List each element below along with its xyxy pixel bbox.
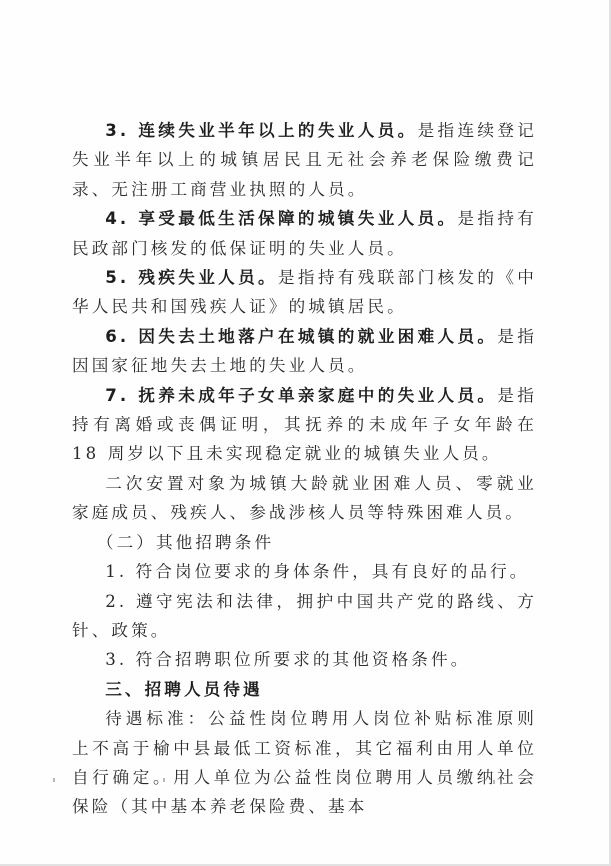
subsection-item-3: 3. 符合招聘职位所要求的其他资格条件。 [72,645,537,674]
document-body: 3. 连续失业半年以上的失业人员。是指连续登记失业半年以上的城镇居民且无社会养老… [72,116,537,822]
item-6-title: 6. 因失去土地落户在城镇的就业困难人员。 [105,327,497,346]
section-3-heading: 三、招聘人员待遇 [72,675,537,704]
item-4-title: 4. 享受最低生活保障的城镇失业人员。 [105,209,457,228]
item-3-title: 3. 连续失业半年以上的失业人员。 [105,121,417,140]
page-bottom-marks [0,778,611,784]
tick-mark [163,778,165,782]
paragraph-item-3: 3. 连续失业半年以上的失业人员。是指连续登记失业半年以上的城镇居民且无社会养老… [72,116,537,204]
secondary-placement-text: 二次安置对象为城镇大龄就业困难人员、零就业家庭成员、残疾人、参战涉核人员等特殊困… [72,474,537,522]
item-5-title: 5. 残疾失业人员。 [105,268,278,287]
subsection-item-2: 2. 遵守宪法和法律，拥护中国共产党的路线、方针、政策。 [72,587,537,646]
tick-mark [274,778,276,782]
tick-mark [53,778,55,782]
subsection-item-1: 1. 符合岗位要求的身体条件，具有良好的品行。 [72,557,537,586]
tick-mark [383,778,385,782]
item-7-title: 7. 抚养未成年子女单亲家庭中的失业人员。 [105,386,497,405]
paragraph-item-5: 5. 残疾失业人员。是指持有残联部门核发的《中华人民共和国残疾人证》的城镇居民。 [72,263,537,322]
paragraph-secondary-placement: 二次安置对象为城镇大龄就业困难人员、零就业家庭成员、残疾人、参战涉核人员等特殊困… [72,469,537,528]
paragraph-item-4: 4. 享受最低生活保障的城镇失业人员。是指持有民政部门核发的低保证明的失业人员。 [72,204,537,263]
paragraph-item-6: 6. 因失去土地落户在城镇的就业困难人员。是指因国家征地失去土地的失业人员。 [72,322,537,381]
subsection-title: （二）其他招聘条件 [72,528,537,557]
tick-mark [493,780,495,784]
document-page: 3. 连续失业半年以上的失业人员。是指连续登记失业半年以上的城镇居民且无社会养老… [0,0,611,866]
paragraph-item-7: 7. 抚养未成年子女单亲家庭中的失业人员。是指持有离婚或丧偶证明，其抚养的未成年… [72,381,537,469]
section-3-text: 待遇标准：公益性岗位聘用人岗位补贴标准原则上不高于榆中县最低工资标准，其它福利由… [72,704,537,822]
